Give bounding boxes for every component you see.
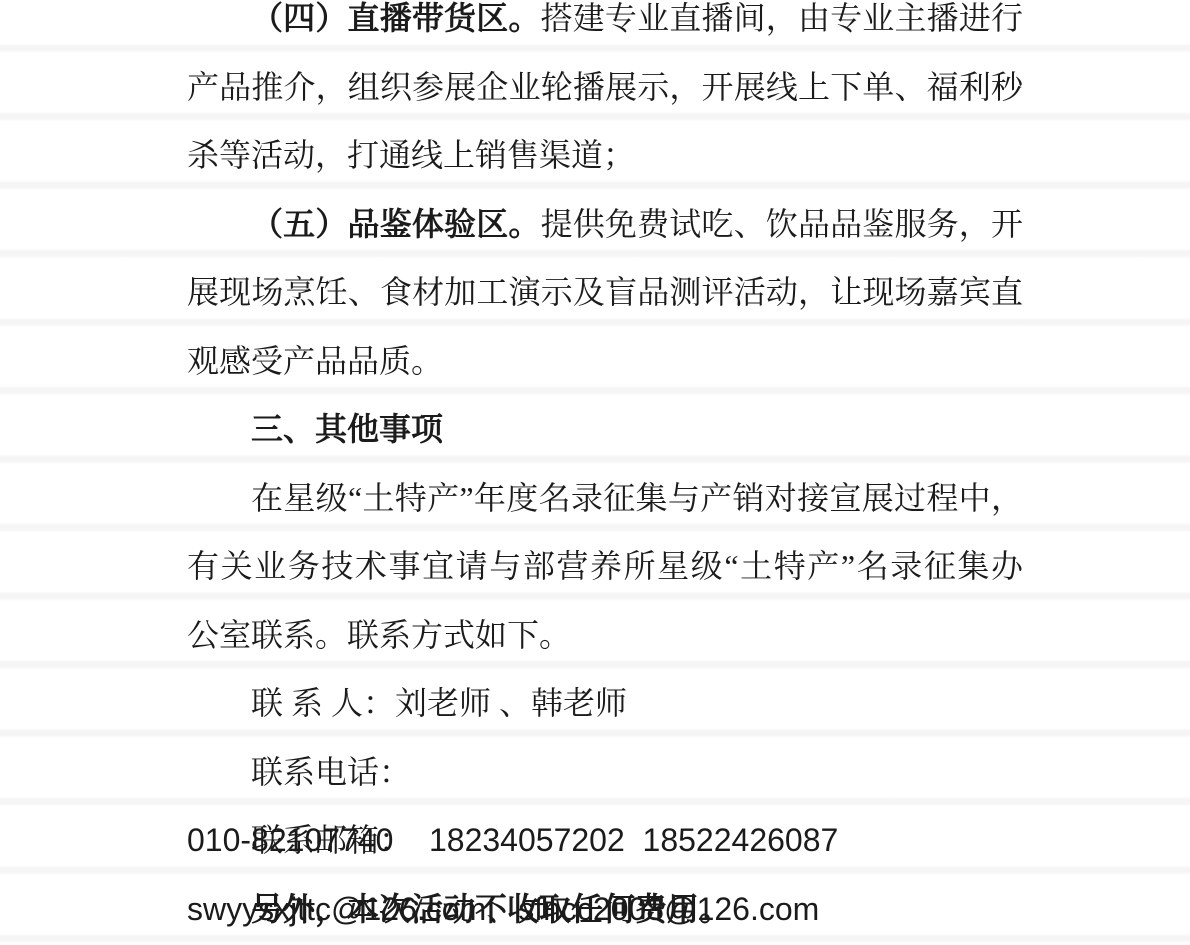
contact-phone-label: 联系电话：: [251, 754, 411, 790]
bold-lead-section-5: （五）品鉴体验区。: [251, 206, 541, 242]
line-text: 杀等活动，打通线上销售渠道；: [187, 137, 635, 173]
heading-text: 三、其他事项: [251, 411, 443, 447]
para-tasting-line-2: 展现场烹饪、食材加工演示及盲品测评活动，让现场嘉宾直: [187, 258, 1023, 327]
line-text: 提供免费试吃、饮品品鉴服务，开: [541, 206, 1023, 242]
para-contact-intro-line-2: 有关业务技术事宜请与部营养所星级“土特产”名录征集办: [187, 532, 1023, 601]
note-no-fee-line: 另外，本次活动不收取任何费用。: [187, 875, 1023, 944]
para-live-streaming-line-3: 杀等活动，打通线上销售渠道；: [187, 121, 1023, 190]
para-live-streaming-line-1: （四）直播带货区。搭建专业直播间，由专业主播进行: [187, 0, 1023, 53]
contact-person-line: 联 系 人：刘老师 、韩老师: [187, 669, 1023, 738]
contact-person-label: 联 系 人：: [251, 685, 395, 721]
line-text: 观感受产品品质。: [187, 343, 443, 379]
line-text: 产品推介，组织参展企业轮播展示，开展线上下单、福利秒: [187, 69, 1023, 105]
heading-other-matters: 三、其他事项: [187, 395, 1023, 464]
document-page: （四）直播带货区。搭建专业直播间，由专业主播进行 产品推介，组织参展企业轮播展示…: [0, 0, 1190, 945]
document-body: （四）直播带货区。搭建专业直播间，由专业主播进行 产品推介，组织参展企业轮播展示…: [187, 0, 1023, 943]
para-contact-intro-line-3: 公室联系。联系方式如下。: [187, 601, 1023, 670]
para-live-streaming-line-2: 产品推介，组织参展企业轮播展示，开展线上下单、福利秒: [187, 53, 1023, 122]
para-contact-intro-line-1: 在星级“土特产”年度名录征集与产销对接宣展过程中，: [187, 464, 1023, 533]
para-tasting-line-3: 观感受产品品质。: [187, 327, 1023, 396]
line-text: 有关业务技术事宜请与部营养所星级“土特产”名录征集办: [187, 548, 1023, 584]
line-text: 另外，本次活动不收取任何费用。: [251, 891, 731, 927]
bold-lead-section-4: （四）直播带货区。: [251, 0, 541, 36]
line-text: 展现场烹饪、食材加工演示及盲品测评活动，让现场嘉宾直: [187, 274, 1023, 310]
contact-email-label: 联系邮箱：: [251, 822, 411, 858]
line-text: 在星级“土特产”年度名录征集与产销对接宣展过程中，: [251, 480, 1023, 516]
contact-person-value: 刘老师 、韩老师: [395, 685, 627, 721]
para-tasting-line-1: （五）品鉴体验区。提供免费试吃、饮品品鉴服务，开: [187, 190, 1023, 259]
line-text: 公室联系。联系方式如下。: [187, 617, 571, 653]
line-text: 搭建专业直播间，由专业主播进行: [541, 0, 1023, 36]
contact-phone-line: 联系电话：010-82107740 18234057202 1852242608…: [187, 738, 1023, 807]
